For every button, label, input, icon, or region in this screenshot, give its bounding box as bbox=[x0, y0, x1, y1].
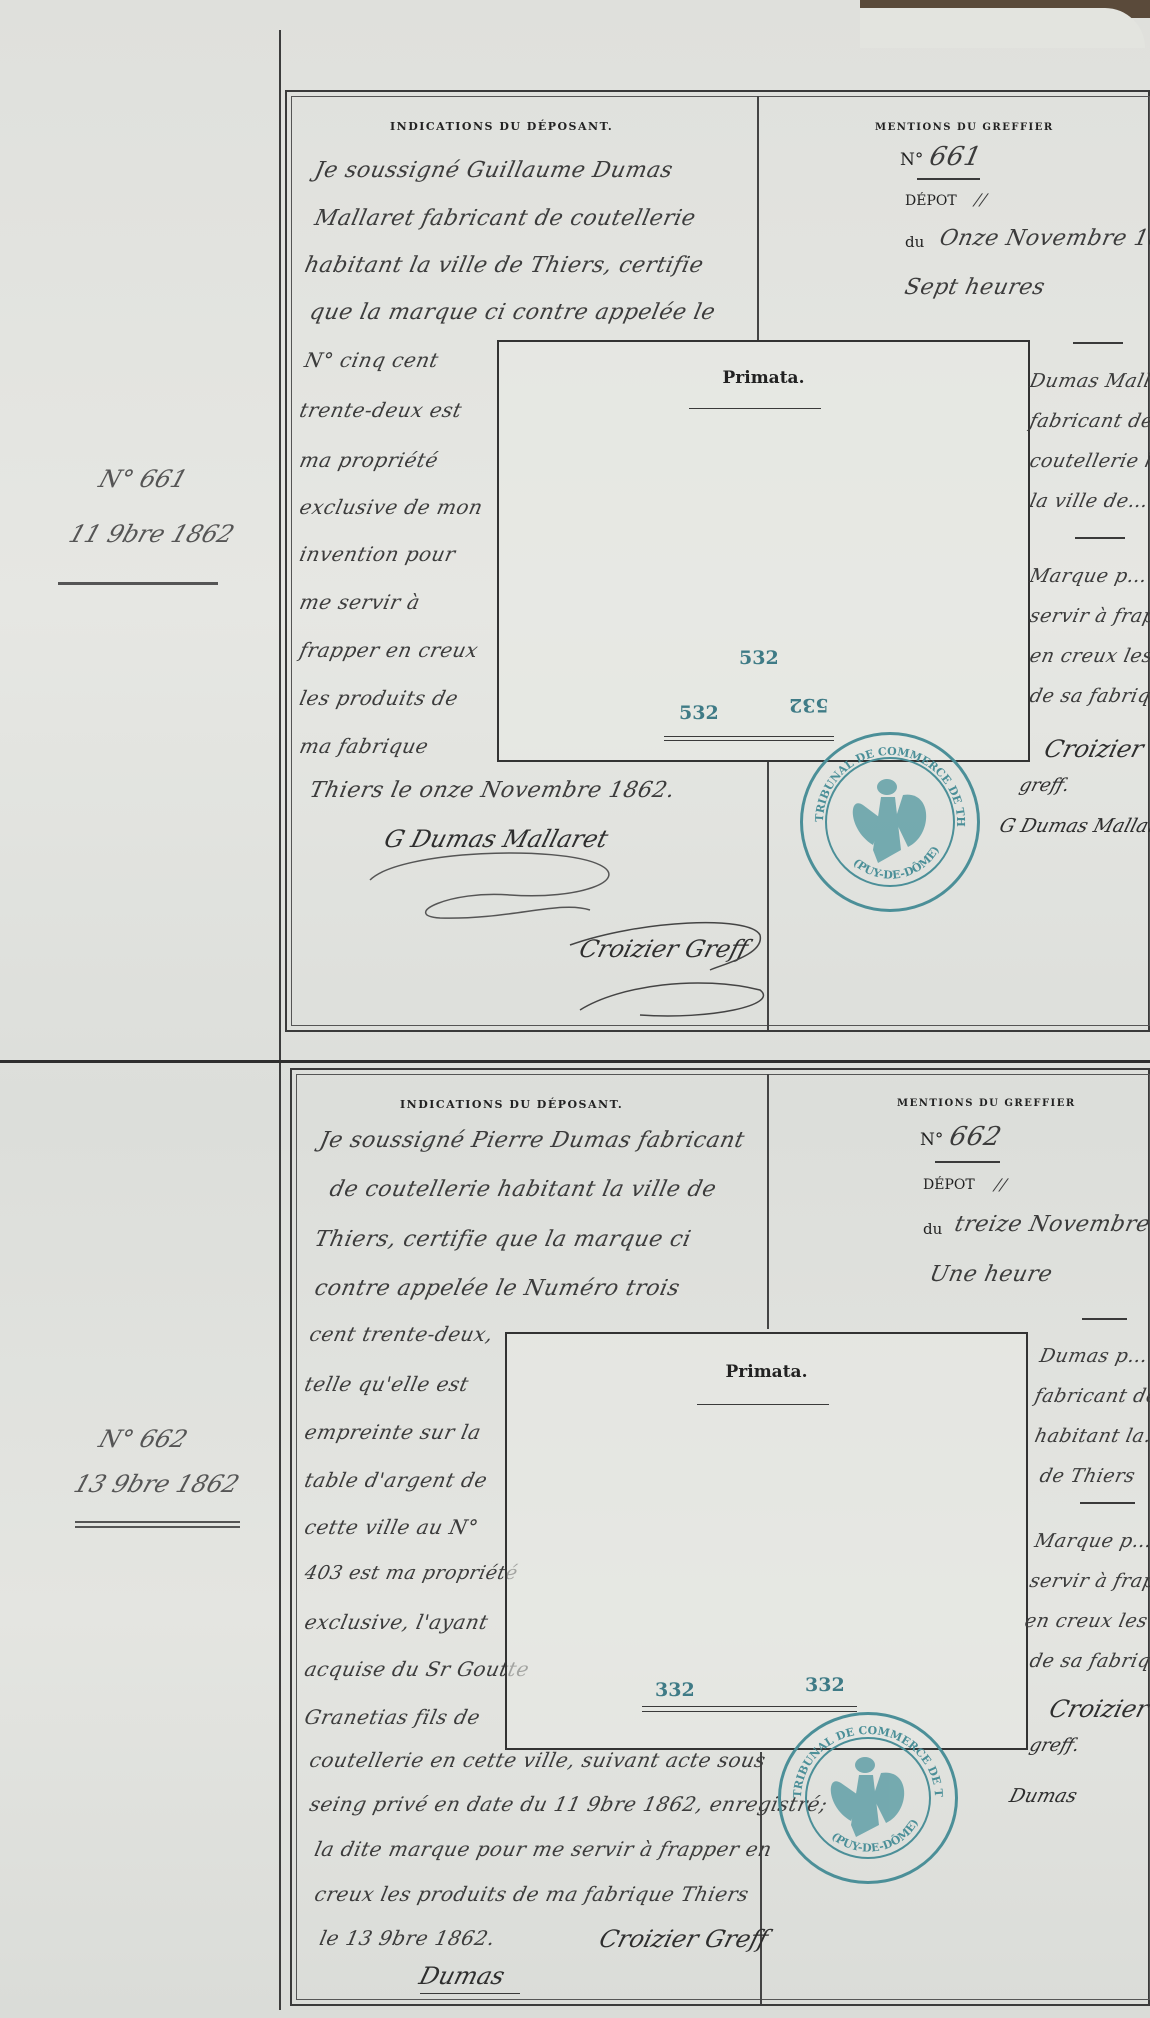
greffier-note: de sa fabrique bbox=[1028, 685, 1150, 707]
primata-box: Primata. 332 332 bbox=[505, 1332, 1028, 1750]
deposant-line: trente-deux est bbox=[297, 398, 464, 422]
du-label: du bbox=[923, 1220, 942, 1238]
deposant-line: empreinte sur la bbox=[302, 1420, 483, 1444]
deposant-line: acquise du Sr Goutte bbox=[302, 1657, 531, 1681]
deposant-line: la dite marque pour me servir à frapper … bbox=[312, 1837, 774, 1861]
deposant-line: Thiers le onze Novembre 1862. bbox=[307, 778, 677, 803]
tribunal-stamp: TRIBUNAL DE COMMERCE DE THIERS (PUY-DE-D… bbox=[800, 732, 980, 912]
number-label: N° bbox=[920, 1130, 943, 1150]
greffier-side-signature: Dumas bbox=[1007, 1785, 1079, 1807]
greffier-rule bbox=[1082, 1318, 1127, 1320]
deposant-line: le 13 9bre 1862. bbox=[317, 1926, 497, 1950]
deposant-line: 403 est ma propriété bbox=[303, 1562, 520, 1584]
number-label: N° bbox=[900, 150, 923, 170]
deposant-line: ma fabrique bbox=[297, 734, 430, 758]
greffier-side-signature: greff. bbox=[1027, 1735, 1082, 1756]
column-divider-top bbox=[767, 1074, 769, 1329]
mark-number: 532 bbox=[679, 702, 719, 724]
deposant-line: creux les produits de ma fabrique Thiers bbox=[312, 1882, 751, 1906]
deposant-line: Thiers, certifie que la marque ci bbox=[312, 1227, 693, 1252]
deposant-line: cent trente-deux, bbox=[307, 1322, 495, 1346]
number-underline bbox=[917, 178, 980, 180]
margin-rule bbox=[279, 30, 281, 2010]
margin-underline bbox=[75, 1526, 240, 1528]
deposant-line: invention pour bbox=[297, 542, 457, 566]
greffier-note: Dumas p… bbox=[1038, 1345, 1150, 1367]
deposant-line: me servir à bbox=[297, 590, 422, 614]
primata-rule bbox=[642, 1706, 857, 1707]
margin-number: N° 662 bbox=[95, 1425, 191, 1453]
signature-flourish bbox=[360, 840, 680, 920]
greffier-note: de sa fabrique bbox=[1028, 1650, 1150, 1672]
column-divider-top bbox=[757, 96, 759, 341]
primata-title: Primata. bbox=[507, 1362, 1026, 1382]
deposant-line: coutellerie en cette ville, suivant acte… bbox=[307, 1748, 768, 1772]
greffier-signature: Croizier Greff bbox=[596, 1925, 771, 1953]
depot-label: DÉPOT bbox=[923, 1177, 975, 1193]
signature-underline bbox=[420, 1993, 520, 1994]
column-divider-bottom bbox=[760, 1752, 762, 2004]
greffier-note: en creux les p… bbox=[1023, 1610, 1150, 1632]
greffier-flourish bbox=[560, 915, 780, 1025]
deposant-line: de coutellerie habitant la ville de bbox=[327, 1177, 718, 1202]
deposant-line: exclusive, l'ayant bbox=[302, 1610, 490, 1634]
greffier-note: Marque p… bbox=[1028, 565, 1150, 587]
greffier-rule bbox=[1080, 1502, 1135, 1504]
deposant-line: ma propriété bbox=[297, 448, 440, 472]
greffier-note: habitant la… bbox=[1033, 1425, 1150, 1447]
deposit-time: Sept heures bbox=[902, 275, 1047, 300]
margin-number: N° 661 bbox=[95, 465, 191, 493]
greffier-side-signature: Croizier bbox=[1041, 735, 1146, 763]
greffier-note: Marque p… bbox=[1033, 1530, 1150, 1552]
deposit-number: 661 bbox=[927, 142, 985, 172]
record-divider bbox=[0, 1060, 1150, 1063]
mark-number: 532 bbox=[739, 647, 779, 669]
deposant-line: Mallaret fabricant de coutellerie bbox=[312, 206, 698, 231]
mark-number-inverted: 532 bbox=[789, 694, 829, 716]
primata-rule bbox=[642, 1711, 857, 1712]
primata-box: Primata. 532 532 532 bbox=[497, 340, 1030, 762]
deposit-date: treize Novembre 1862 bbox=[952, 1212, 1150, 1237]
deposant-line: que la marque ci contre appelée le bbox=[307, 300, 717, 325]
deposant-line: N° cinq cent bbox=[302, 348, 441, 372]
greffier-note: coutellerie ha… bbox=[1028, 450, 1150, 472]
greffier-header: MENTIONS DU GREFFIER bbox=[875, 122, 1054, 133]
margin-underline bbox=[58, 582, 218, 585]
deposant-header: INDICATIONS DU DÉPOSANT. bbox=[390, 120, 613, 133]
deposant-line: cette ville au N° bbox=[302, 1515, 480, 1539]
deposit-number: 662 bbox=[947, 1122, 1005, 1152]
greffier-rule bbox=[1073, 342, 1123, 344]
du-label: du bbox=[905, 233, 924, 251]
margin-underline bbox=[75, 1521, 240, 1523]
greffier-note: servir à frapp… bbox=[1028, 1570, 1150, 1592]
deposant-line: frapper en creux bbox=[297, 638, 480, 662]
greffier-note: la ville de… bbox=[1028, 490, 1150, 512]
greffier-note: fabricant de bbox=[1028, 410, 1150, 432]
greffier-note: de Thiers bbox=[1038, 1465, 1138, 1487]
margin-date: 13 9bre 1862 bbox=[70, 1470, 242, 1498]
greffier-rule bbox=[1075, 537, 1125, 539]
greffier-note: Dumas Malla… bbox=[1028, 370, 1150, 392]
depot-label: DÉPOT bbox=[905, 193, 957, 209]
deposant-line: les produits de bbox=[297, 686, 460, 710]
primata-underline bbox=[689, 408, 821, 409]
deposant-line: telle qu'elle est bbox=[302, 1372, 471, 1396]
greffier-side-signature: greff. bbox=[1017, 775, 1072, 796]
greffier-note: en creux les p… bbox=[1028, 645, 1150, 667]
deposant-header: INDICATIONS DU DÉPOSANT. bbox=[400, 1098, 623, 1111]
page-corner bbox=[860, 8, 1145, 48]
deposant-line: Granetias fils de bbox=[302, 1705, 482, 1729]
mark-number: 332 bbox=[805, 1674, 845, 1696]
primata-title: Primata. bbox=[499, 368, 1028, 388]
primata-underline bbox=[697, 1404, 829, 1405]
eagle-icon: TRIBUNAL DE COMMERCE DE THIERS (PUY-DE-D… bbox=[781, 1715, 955, 1881]
mark-number: 332 bbox=[655, 1679, 695, 1701]
deposant-line: table d'argent de bbox=[302, 1468, 489, 1492]
deposant-line: contre appelée le Numéro trois bbox=[312, 1276, 682, 1301]
margin-date: 11 9bre 1862 bbox=[65, 520, 237, 548]
deposant-line: seing privé en date du 11 9bre 1862, enr… bbox=[307, 1792, 829, 1816]
tribunal-stamp: TRIBUNAL DE COMMERCE DE THIERS (PUY-DE-D… bbox=[778, 1712, 958, 1884]
eagle-icon: TRIBUNAL DE COMMERCE DE THIERS (PUY-DE-D… bbox=[803, 735, 977, 909]
deposit-date: Onze Novembre 1862 bbox=[937, 226, 1150, 251]
deposant-line: habitant la ville de Thiers, certifie bbox=[302, 253, 706, 278]
number-underline bbox=[935, 1161, 1000, 1163]
deposant-line: Je soussigné Guillaume Dumas bbox=[312, 158, 675, 183]
deposant-line: exclusive de mon bbox=[297, 495, 485, 519]
greffier-header: MENTIONS DU GREFFIER bbox=[897, 1098, 1076, 1109]
deposit-time: Une heure bbox=[927, 1262, 1054, 1287]
greffier-note: fabricant de bbox=[1033, 1385, 1150, 1407]
greffier-side-signature: G Dumas Mallaret bbox=[997, 815, 1150, 837]
greffier-note: servir à frapp… bbox=[1028, 605, 1150, 627]
depositor-signature: Dumas bbox=[416, 1962, 508, 1990]
greffier-side-signature: Croizier bbox=[1046, 1695, 1150, 1723]
deposant-line: Je soussigné Pierre Dumas fabricant bbox=[317, 1128, 747, 1153]
